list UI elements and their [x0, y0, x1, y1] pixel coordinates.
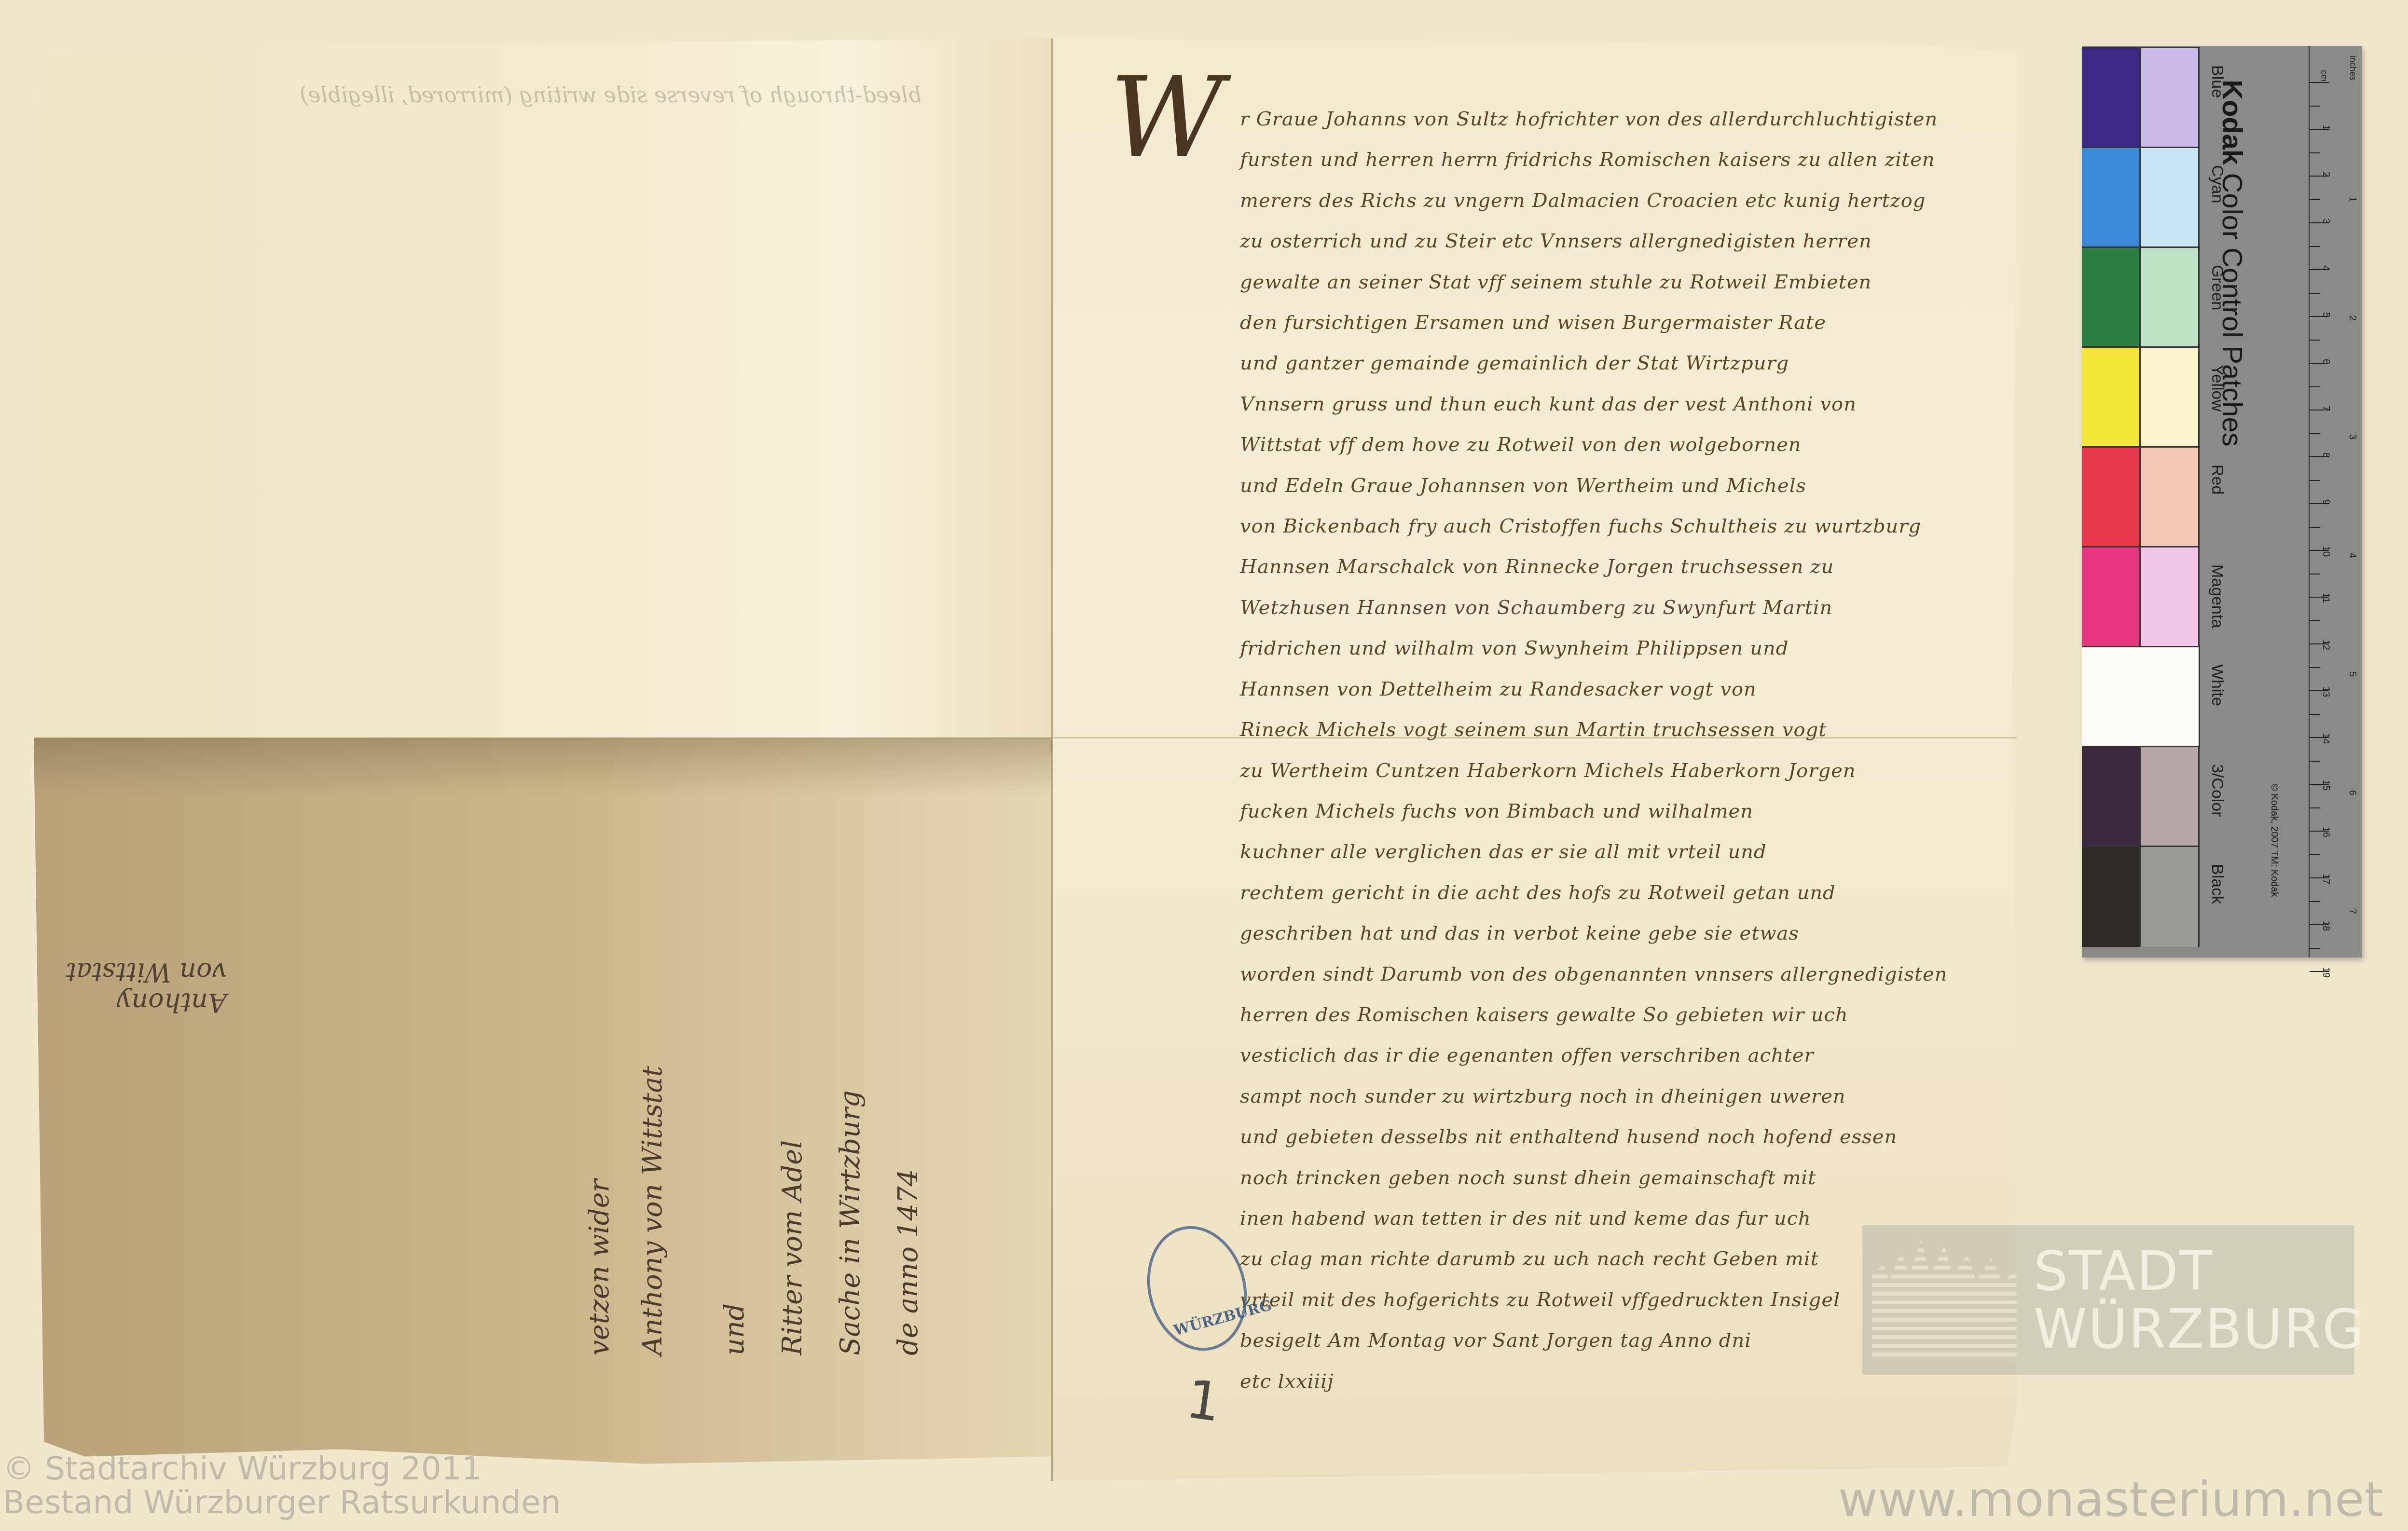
- ruler-inch-label: 6: [2347, 790, 2358, 795]
- ruler-inch-label: 2: [2347, 315, 2358, 321]
- charter-line: vesticlich das ir die egenanten offen ve…: [1240, 1035, 1824, 1076]
- patch-label: 3/Color: [2208, 764, 2227, 817]
- charter-line: fucken Michels fuchs von Bimbach und wil…: [1240, 791, 1824, 832]
- ruler-tick: [2310, 527, 2320, 528]
- patch-label: Red: [2208, 465, 2227, 494]
- charter-lines: r Graue Johanns von Sultz hofrichter von…: [1240, 99, 1824, 1402]
- watermark-copyright-line1: © Stadtarchiv Würzburg 2011: [3, 1452, 561, 1486]
- color-patch-dark: [2082, 547, 2141, 647]
- ruler-cm-label: 3: [2320, 219, 2331, 224]
- dorsal-notes-middle: vetzen widerAnthony von WittstatundRitte…: [564, 979, 960, 1375]
- ruler-cm-label: 18: [2320, 920, 2331, 931]
- ruler-tick: [2310, 199, 2320, 200]
- ruler: cm inches 123456789101112131415161718191…: [2309, 46, 2363, 957]
- charter-line: fridrichen und wilhalm von Swynheim Phil…: [1240, 628, 1824, 669]
- watermark-logo-line2: WÜRZBURG: [2034, 1302, 2365, 1356]
- ruler-tick: [2310, 620, 2320, 621]
- watermark-site-url: www.monasterium.net: [1838, 1471, 2383, 1528]
- color-patch-dark: [2082, 48, 2141, 148]
- dorsal-note-line: de anno 1474: [893, 1169, 924, 1355]
- color-patch-dark: [2082, 847, 2141, 947]
- charter-line: fursten und herren herrn fridrichs Romis…: [1240, 139, 1824, 180]
- charter-text-block: W r Graue Johanns von Sultz hofrichter v…: [1124, 72, 1824, 1402]
- ruler-cm-label: 8: [2320, 452, 2331, 458]
- charter-line: zu osterrich und zu Steir etc Vnnsers al…: [1240, 221, 1824, 261]
- ruler-cm-label: 17: [2320, 874, 2331, 884]
- patch-label: Magenta: [2208, 564, 2227, 628]
- ruler-tick: [2310, 948, 2320, 949]
- color-patch-dark: [2082, 747, 2141, 847]
- color-patch-dark: [2082, 348, 2141, 448]
- color-patch-light: [2141, 348, 2200, 448]
- stadt-wuerzburg-logo-watermark: STADT WÜRZBURG: [1862, 1225, 2354, 1375]
- color-patch-dark: [2082, 448, 2141, 547]
- color-patch-dark: [2082, 248, 2141, 348]
- ruler-cm-label: 11: [2320, 593, 2331, 603]
- ruler-tick: [2310, 106, 2320, 107]
- charter-line: Hannsen Marschalck von Rinnecke Jorgen t…: [1240, 547, 1824, 587]
- patch-row-green: [2082, 246, 2200, 348]
- decorated-initial: W: [1110, 63, 1224, 174]
- charter-line: und gantzer gemainde gemainlich der Stat…: [1240, 343, 1824, 383]
- color-patch-light: [2141, 48, 2200, 148]
- ruler-tick: [2310, 761, 2320, 762]
- ruler-cm-label: 4: [2320, 265, 2331, 271]
- patch-row-magenta: [2082, 546, 2200, 647]
- ruler-cm-label: 5: [2320, 312, 2331, 317]
- ruler-unit-cm: cm: [2319, 70, 2329, 82]
- ruler-inch-label: 5: [2347, 671, 2358, 677]
- patch-row-blue: [2082, 47, 2200, 148]
- card-copyright: © Kodak, 2007 TM: Kodak: [2269, 784, 2280, 897]
- color-patch-dark: [2082, 148, 2141, 248]
- charter-line: Rineck Michels vogt seinem sun Martin tr…: [1240, 710, 1824, 750]
- ruler-tick: [2310, 854, 2320, 855]
- ruler-tick: [2310, 901, 2320, 902]
- charter-line: kuchner alle verglichen das er sie all m…: [1240, 832, 1824, 872]
- ruler-tick: [2310, 152, 2320, 153]
- charter-line: den fursichtigen Ersamen und wisen Burge…: [1240, 302, 1824, 343]
- brand-name: Kodak: [2216, 80, 2248, 165]
- color-patch-grid: [2082, 46, 2200, 957]
- dorsal-note-line: Sache in Wirtzburg: [835, 1090, 866, 1355]
- dorsal-note-line: Anthony von Wittstat: [637, 1066, 668, 1355]
- color-patch-light: [2141, 248, 2200, 348]
- charter-line: und Edeln Graue Johannsen von Wertheim u…: [1240, 465, 1824, 506]
- color-patch-light: [2141, 847, 2200, 947]
- patch-row-black: [2082, 846, 2200, 947]
- charter-line: Hannsen von Dettelheim zu Randesacker vo…: [1240, 669, 1824, 710]
- charter-line: rechtem gericht in die acht des hofs zu …: [1240, 873, 1824, 913]
- watermark-copyright: © Stadtarchiv Würzburg 2011 Bestand Würz…: [3, 1452, 561, 1519]
- ruler-cm-label: 15: [2320, 780, 2331, 791]
- ruler-cm-label: 19: [2320, 967, 2331, 978]
- charter-line: Vnnsern gruss und thun euch kunt das der…: [1240, 384, 1824, 424]
- ruler-inch-label: 3: [2347, 434, 2358, 439]
- dorsal-note-left: Anthony von Wittstat: [63, 965, 227, 1018]
- ruler-cm-label: 9: [2320, 499, 2331, 505]
- color-patch-white: [2082, 647, 2200, 747]
- parchment-panel-top-left: bleed-through of reverse side writing (m…: [34, 39, 1052, 738]
- vertical-fold-line: [1051, 39, 1053, 1481]
- ruler-cm-label: 13: [2320, 686, 2331, 697]
- watermark-copyright-line2: Bestand Würzburger Ratsurkunden: [3, 1486, 561, 1519]
- ruler-inch-label: 1: [2347, 197, 2358, 202]
- ruler-tick: [2310, 433, 2320, 434]
- ruler-tick: [2310, 246, 2320, 247]
- charter-line: merers des Richs zu vngern Dalmacien Cro…: [1240, 180, 1824, 221]
- ruler-tick: [2310, 340, 2320, 341]
- charter-line: noch trincken geben noch sunst dhein gem…: [1240, 1158, 1824, 1198]
- charter-line: Wetzhusen Hannsen von Schaumberg zu Swyn…: [1240, 588, 1824, 628]
- ruler-unit-inches: inches: [2348, 55, 2358, 81]
- patch-label: Black: [2208, 864, 2227, 904]
- charter-line: zu Wertheim Cuntzen Haberkorn Michels Ha…: [1240, 751, 1824, 791]
- charter-line: sampt noch sunder zu wirtzburg noch in d…: [1240, 1076, 1824, 1117]
- ruler-cm-label: 6: [2320, 359, 2331, 364]
- ruler-inch-label: 7: [2347, 909, 2358, 914]
- ruler-tick: [2310, 807, 2320, 808]
- charter-line: etc lxxiiij: [1240, 1361, 1824, 1402]
- ruler-cm-label: 2: [2320, 172, 2331, 177]
- kodak-color-control-card: BlueCyanGreenYellowRedMagentaWhite3/Colo…: [2082, 46, 2362, 957]
- ruler-cm-label: 14: [2320, 733, 2331, 744]
- charter-line: besigelt Am Montag vor Sant Jorgen tag A…: [1240, 1320, 1824, 1361]
- bleed-through-text: bleed-through of reverse side writing (m…: [101, 82, 922, 699]
- charter-line: geschriben hat und das in verbot keine g…: [1240, 913, 1824, 954]
- charter-line: worden sindt Darumb von des obgenannten …: [1240, 954, 1824, 995]
- charter-line: zu clag man richte darumb zu uch nach re…: [1240, 1239, 1824, 1279]
- card-title: Color Control Patches: [2216, 173, 2248, 446]
- charter-line: vrteil mit des hofgerichts zu Rotweil vf…: [1240, 1280, 1824, 1320]
- ruler-cm-label: 1: [2320, 125, 2331, 130]
- ruler-cm-label: 12: [2320, 640, 2331, 650]
- patch-row-red: [2082, 446, 2200, 547]
- charter-line: gewalte an seiner Stat vff seinem stuhle…: [1240, 262, 1824, 302]
- color-patch-light: [2141, 747, 2200, 847]
- ruler-tick: [2310, 386, 2320, 387]
- patch-row-white: [2082, 646, 2200, 747]
- color-patch-light: [2141, 148, 2200, 248]
- charter-line: Wittstat vff dem hove zu Rotweil von den…: [1240, 424, 1824, 465]
- ruler-tick: [2310, 667, 2320, 668]
- color-patch-light: [2141, 547, 2200, 647]
- ruler-tick: [2310, 82, 2329, 83]
- dorsal-note-line: Ritter vom Adel: [777, 1140, 808, 1355]
- ruler-cm-label: 10: [2320, 546, 2331, 557]
- charter-line: und gebieten desselbs nit enthaltend hus…: [1240, 1117, 1824, 1157]
- ruler-tick: [2310, 480, 2320, 481]
- watermark-logo-line1: STADT: [2034, 1244, 2213, 1299]
- city-skyline-icon: [1872, 1240, 2017, 1360]
- ruler-inch-label: 4: [2347, 553, 2358, 558]
- patch-row-3-color: [2082, 746, 2200, 847]
- ruler-tick: [2310, 714, 2320, 715]
- charter-line: von Bickenbach fry auch Cristoffen fuchs…: [1240, 506, 1824, 547]
- ruler-cm-label: 7: [2320, 406, 2331, 411]
- ruler-tick: [2310, 293, 2320, 294]
- patch-label: White: [2208, 664, 2227, 706]
- ruler-cm-label: 16: [2320, 827, 2331, 837]
- charter-line: r Graue Johanns von Sultz hofrichter von…: [1240, 99, 1824, 139]
- charter-line: herren des Romischen kaisers gewalte So …: [1240, 995, 1824, 1035]
- dorsal-note-line: und: [719, 1303, 750, 1355]
- dorsal-note-line: vetzen wider: [584, 1179, 615, 1355]
- patch-row-yellow: [2082, 346, 2200, 448]
- color-patch-light: [2141, 448, 2200, 547]
- ruler-tick: [2310, 574, 2320, 574]
- charter-line: inen habend wan tetten ir des nit und ke…: [1240, 1198, 1824, 1239]
- card-brand-title: Kodak Color Control Patches: [2216, 80, 2248, 447]
- patch-row-cyan: [2082, 147, 2200, 248]
